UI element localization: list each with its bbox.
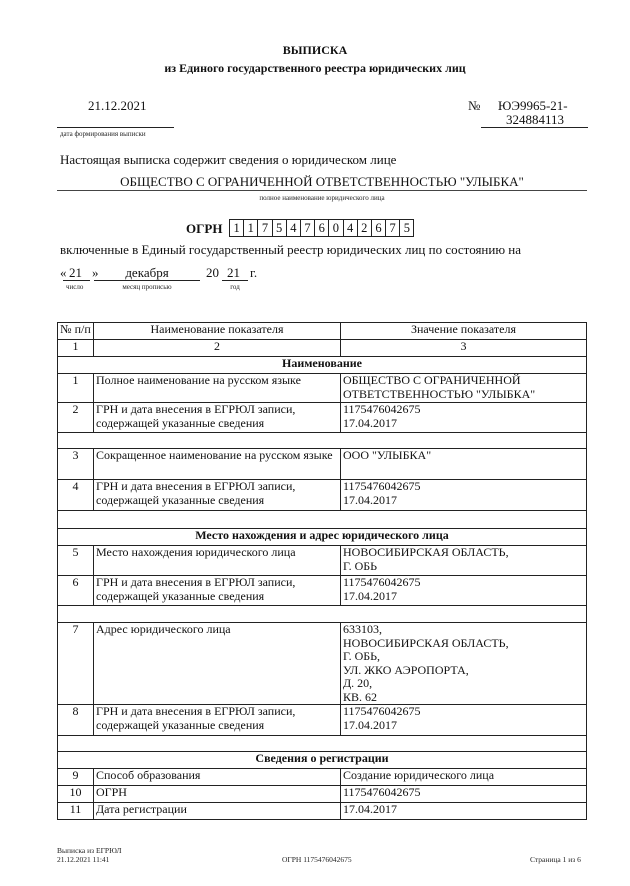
- value-line: 17.04.2017: [343, 803, 584, 817]
- row-number: 6: [58, 576, 94, 606]
- year-underline: [222, 280, 248, 281]
- value-line: УЛ. ЖКО АЭРОПОРТА,: [343, 664, 584, 678]
- number-underline: [481, 127, 588, 128]
- ogrn-digit: 5: [400, 220, 413, 236]
- value-line: 17.04.2017: [343, 719, 584, 733]
- spacer-row: [58, 511, 587, 529]
- footer-doc-label: Выписка из ЕГРЮЛ: [57, 846, 122, 855]
- footer-ogrn: ОГРН 1175476042675: [282, 855, 352, 864]
- table-row: 10 ОГРН 1175476042675: [58, 786, 587, 803]
- value-line: НОВОСИБИРСКАЯ ОБЛАСТЬ,: [343, 637, 584, 651]
- table-row: 5 Место нахождения юридического лица НОВ…: [58, 546, 587, 576]
- row-number: 11: [58, 803, 94, 820]
- spacer-row: [58, 606, 587, 623]
- value-line: 1175476042675: [343, 786, 584, 800]
- header-indicator-name: Наименование показателя: [94, 323, 341, 340]
- ogrn-digit: 7: [258, 220, 272, 236]
- ogrn-label: ОГРН: [186, 221, 222, 237]
- value-line: Г. ОБЬ: [343, 560, 584, 574]
- value-line: Д. 20,: [343, 677, 584, 691]
- included-text: включенные в Единый государственный реес…: [60, 242, 521, 258]
- table-row: 2 ГРН и дата внесения в ЕГРЮЛ записи, со…: [58, 403, 587, 433]
- footer-page-number: Страница 1 из 6: [530, 855, 581, 864]
- row-number: 5: [58, 546, 94, 576]
- quote-open: «: [60, 265, 67, 281]
- date-underline: [57, 127, 174, 128]
- section-row-location: Место нахождения и адрес юридического ли…: [58, 529, 587, 546]
- value-line: Г. ОБЬ,: [343, 650, 584, 664]
- ogrn-digit: 1: [244, 220, 258, 236]
- column-number: 3: [341, 340, 587, 357]
- intro-text: Настоящая выписка содержит сведения о юр…: [60, 152, 396, 168]
- year-prefix: 20: [206, 265, 219, 281]
- row-value: 117547604267517.04.2017: [341, 403, 587, 433]
- row-indicator: Место нахождения юридического лица: [94, 546, 341, 576]
- ogrn-digit: 4: [344, 220, 358, 236]
- spacer-cell: [58, 433, 587, 449]
- value-line: 1175476042675: [343, 705, 584, 719]
- year-unit: г.: [250, 265, 257, 281]
- ogrn-digit: 5: [273, 220, 287, 236]
- as-of-day: 21: [69, 265, 82, 281]
- ogrn-digit: 7: [301, 220, 315, 236]
- row-indicator: ГРН и дата внесения в ЕГРЮЛ записи, соде…: [94, 576, 341, 606]
- as-of-year: 21: [227, 265, 240, 281]
- table-row: 9 Способ образования Создание юридическо…: [58, 769, 587, 786]
- number-sign: №: [468, 98, 480, 114]
- value-line: Создание юридического лица: [343, 769, 584, 783]
- row-number: 1: [58, 374, 94, 403]
- month-caption: месяц прописью: [94, 283, 200, 291]
- year-caption: год: [222, 283, 248, 291]
- section-title: Наименование: [58, 357, 587, 374]
- value-line: ОБЩЕСТВО С ОГРАНИЧЕННОЙ: [343, 374, 584, 388]
- full-name-underline: [57, 190, 587, 191]
- spacer-cell: [58, 606, 587, 623]
- row-number: 10: [58, 786, 94, 803]
- table-row: 7 Адрес юридического лица 633103, НОВОСИ…: [58, 623, 587, 705]
- column-numbers-row: 1 2 3: [58, 340, 587, 357]
- spacer-row: [58, 736, 587, 752]
- row-value: 117547604267517.04.2017: [341, 480, 587, 511]
- value-line: ООО "УЛЫБКА": [343, 449, 584, 463]
- ogrn-digit-boxes: 1 1 7 5 4 7 6 0 4 2 6 7 5: [229, 219, 414, 237]
- table-row: 3 Сокращенное наименование на русском яз…: [58, 449, 587, 480]
- row-value: 117547604267517.04.2017: [341, 705, 587, 736]
- extract-date: 21.12.2021: [88, 98, 147, 114]
- row-indicator: Дата регистрации: [94, 803, 341, 820]
- ogrn-digit: 2: [358, 220, 372, 236]
- table-header-row: № п/п Наименование показателя Значение п…: [58, 323, 587, 340]
- row-value: 117547604267517.04.2017: [341, 576, 587, 606]
- row-indicator: Адрес юридического лица: [94, 623, 341, 705]
- row-indicator: ОГРН: [94, 786, 341, 803]
- column-number: 2: [94, 340, 341, 357]
- row-number: 3: [58, 449, 94, 480]
- table-row: 11 Дата регистрации 17.04.2017: [58, 803, 587, 820]
- column-number: 1: [58, 340, 94, 357]
- header-indicator-value: Значение показателя: [341, 323, 587, 340]
- value-line: 17.04.2017: [343, 417, 584, 431]
- header-number: № п/п: [58, 323, 94, 340]
- document-subtitle: из Единого государственного реестра юрид…: [0, 61, 630, 76]
- value-line: 17.04.2017: [343, 494, 584, 508]
- ogrn-digit: 6: [315, 220, 329, 236]
- row-number: 4: [58, 480, 94, 511]
- document-title: ВЫПИСКА: [0, 43, 630, 58]
- value-line: 1175476042675: [343, 480, 584, 494]
- table-row: 1 Полное наименование на русском языке О…: [58, 374, 587, 403]
- row-indicator: ГРН и дата внесения в ЕГРЮЛ записи, соде…: [94, 480, 341, 511]
- ogrn-digit: 4: [287, 220, 301, 236]
- section-row-name: Наименование: [58, 357, 587, 374]
- row-value: ООО "УЛЫБКА": [341, 449, 587, 480]
- row-value: НОВОСИБИРСКАЯ ОБЛАСТЬ,Г. ОБЬ: [341, 546, 587, 576]
- row-value: 633103, НОВОСИБИРСКАЯ ОБЛАСТЬ, Г. ОБЬ, У…: [341, 623, 587, 705]
- table-row: 8 ГРН и дата внесения в ЕГРЮЛ записи, со…: [58, 705, 587, 736]
- value-line: НОВОСИБИРСКАЯ ОБЛАСТЬ,: [343, 546, 584, 560]
- row-indicator: Полное наименование на русском языке: [94, 374, 341, 403]
- date-caption: дата формирования выписки: [60, 130, 146, 138]
- value-line: КВ. 62: [343, 691, 584, 705]
- ogrn-digit: 0: [329, 220, 343, 236]
- table-row: 4 ГРН и дата внесения в ЕГРЮЛ записи, со…: [58, 480, 587, 511]
- value-line: 1175476042675: [343, 576, 584, 590]
- row-indicator: ГРН и дата внесения в ЕГРЮЛ записи, соде…: [94, 403, 341, 433]
- section-title: Место нахождения и адрес юридического ли…: [58, 529, 587, 546]
- spacer-cell: [58, 511, 587, 529]
- row-value: 1175476042675: [341, 786, 587, 803]
- day-underline: [63, 280, 90, 281]
- day-caption: число: [66, 283, 83, 291]
- value-line: 633103,: [343, 623, 584, 637]
- row-value: Создание юридического лица: [341, 769, 587, 786]
- value-line: 1175476042675: [343, 403, 584, 417]
- section-row-registration: Сведения о регистрации: [58, 752, 587, 769]
- full-name-caption: полное наименование юридического лица: [57, 194, 587, 202]
- row-indicator: Сокращенное наименование на русском язык…: [94, 449, 341, 480]
- spacer-cell: [58, 736, 587, 752]
- row-indicator: Способ образования: [94, 769, 341, 786]
- value-line: ОТВЕТСТВЕННОСТЬЮ "УЛЫБКА": [343, 388, 584, 402]
- row-indicator: ГРН и дата внесения в ЕГРЮЛ записи, соде…: [94, 705, 341, 736]
- spacer-row: [58, 433, 587, 449]
- footer-timestamp: 21.12.2021 11:41: [57, 855, 109, 864]
- section-title: Сведения о регистрации: [58, 752, 587, 769]
- row-number: 8: [58, 705, 94, 736]
- month-underline: [94, 280, 200, 281]
- ogrn-digit: 1: [230, 220, 244, 236]
- row-number: 2: [58, 403, 94, 433]
- ogrn-digit: 6: [372, 220, 386, 236]
- row-value: ОБЩЕСТВО С ОГРАНИЧЕННОЙОТВЕТСТВЕННОСТЬЮ …: [341, 374, 587, 403]
- company-full-name: ОБЩЕСТВО С ОГРАНИЧЕННОЙ ОТВЕТСТВЕННОСТЬЮ…: [57, 174, 587, 190]
- extract-number-line2: 324884113: [506, 112, 564, 128]
- egrul-data-table: № п/п Наименование показателя Значение п…: [57, 322, 587, 820]
- row-value: 17.04.2017: [341, 803, 587, 820]
- value-line: 17.04.2017: [343, 590, 584, 604]
- row-number: 9: [58, 769, 94, 786]
- ogrn-digit: 7: [386, 220, 400, 236]
- table-row: 6 ГРН и дата внесения в ЕГРЮЛ записи, со…: [58, 576, 587, 606]
- as-of-month: декабря: [94, 265, 200, 281]
- row-number: 7: [58, 623, 94, 705]
